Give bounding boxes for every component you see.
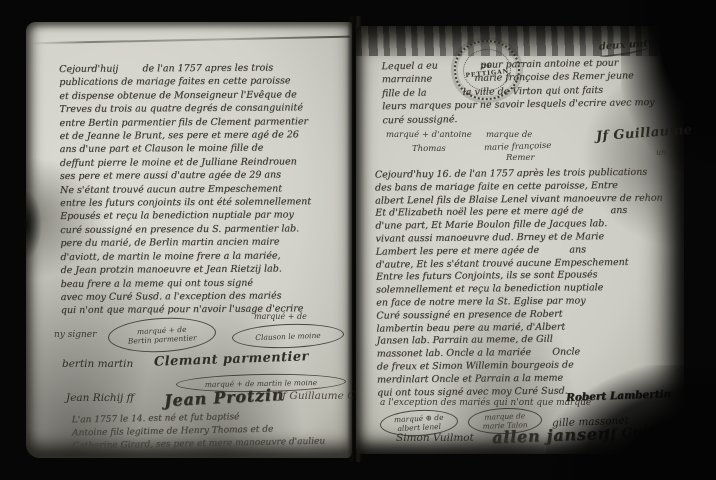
mark-prefix: ny signer	[54, 330, 96, 340]
ink-blotch	[22, 190, 42, 260]
manuscript-line: entre les futurs conjoints ils ont été s…	[60, 195, 348, 210]
baptism-mark-marie: marque de	[486, 130, 532, 140]
baptism-mark-antoine-name: Thomas	[412, 144, 446, 154]
signature-clemant-parmentier: Clemant parmentier	[154, 349, 309, 369]
signature-jean-richij: Jean Richij ff	[66, 392, 134, 404]
bride-mark-oval: Clauson le moine	[232, 322, 345, 350]
signature-simon-vuilmot: Simon Vuilmot	[396, 432, 474, 444]
register-left-page: Cejourd'huij de l'an 1757 apres les troi…	[26, 22, 352, 458]
baptism-mark-marie-name: marie françoise	[484, 141, 552, 153]
marriage-act-left: Cejourd'huij de l'an 1757 apres les troi…	[59, 61, 349, 318]
microfilm-scan: Cejourd'huij de l'an 1757 apres les troi…	[0, 0, 716, 480]
signature-jean-protzin: Jean Protzin	[164, 385, 285, 410]
shadow-vignette-bottom-right	[546, 365, 716, 480]
paper-crease	[30, 36, 350, 45]
manuscript-line: entre Bertin parmentier fils de Clement …	[59, 115, 347, 130]
shadow-vignette-top-right	[621, 0, 716, 170]
baptism-act-left: L'an 1757 le 14. est né et fut baptiséAn…	[72, 410, 326, 454]
baptism-mark-antoine: marqué + d'antoine	[386, 130, 472, 140]
groom-mark-oval: marqué + de Bertin parmentier	[107, 315, 217, 355]
signature-bertin-martin: bertin martin	[62, 358, 133, 370]
baptism-mark-marie-surname: Remer	[506, 153, 535, 163]
mark-text: Clauson le moine	[255, 330, 321, 341]
bride-mark-label: marqué + de	[254, 312, 307, 321]
